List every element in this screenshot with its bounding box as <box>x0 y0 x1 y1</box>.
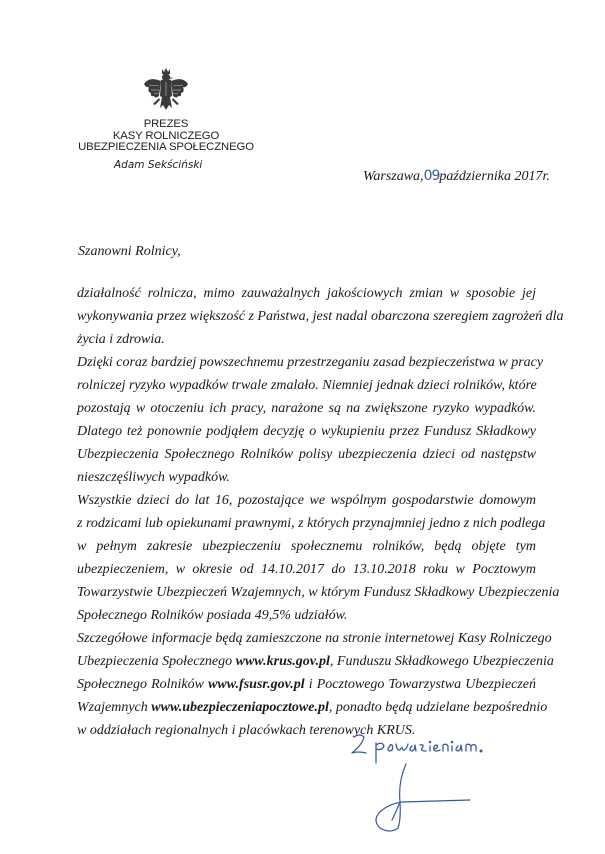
paragraph-line: Społecznego Rolników posiada 49,5% udzia… <box>77 604 536 627</box>
paragraph-line: rolniczej ryzyko wypadków trwale zmalało… <box>77 374 536 397</box>
link-krus[interactable]: www.krus.gov.pl <box>236 654 330 669</box>
paragraph-line: Ubezpieczenia Społecznego Rolników polis… <box>77 443 536 466</box>
text-segment: Wzajemnych <box>77 700 151 715</box>
office-title: PREZES KASY ROLNICZEGO UBEZPIECZENIA SPO… <box>76 119 256 154</box>
paragraph-line: Społecznego Rolników www.fsusr.gov.pl i … <box>77 673 536 696</box>
paragraph-line: Dlatego też ponownie podjąłem decyzję o … <box>77 420 536 443</box>
link-ubezpieczenia-pocztowe[interactable]: www.ubezpieczeniapocztowe.pl <box>151 700 329 715</box>
paragraph-line: ubezpieczeniem, w okresie od 14.10.2017 … <box>77 558 536 581</box>
date-rest: października 2017r. <box>439 169 549 184</box>
letter-page: PREZES KASY ROLNICZEGO UBEZPIECZENIA SPO… <box>0 0 605 854</box>
paragraph-line: działalność rolnicza, mimo zauważalnych … <box>77 282 536 305</box>
office-line-1: PREZES <box>76 119 256 131</box>
text-segment: i Pocztowego Towarzystwa Ubezpieczeń <box>305 677 536 692</box>
paragraph-line: z rodzicami lub opiekunami prawnymi, z k… <box>77 512 536 535</box>
paragraph-line: w pełnym zakresie ubezpieczeniu społeczn… <box>77 535 536 558</box>
text-segment: Ubezpieczenia Społecznego <box>77 654 236 669</box>
office-line-3: UBEZPIECZENIA SPOŁECZNEGO <box>76 142 256 154</box>
paragraph-3: Wszystkie dzieci do lat 16, pozostające … <box>77 489 536 627</box>
paragraph-line: Towarzystwie Ubezpieczeń Wzajemnych, w k… <box>77 581 536 604</box>
paragraph-line: pozostają w otoczeniu ich pracy, narażon… <box>77 397 536 420</box>
letter-body: działalność rolnicza, mimo zauważalnych … <box>77 282 536 742</box>
text-segment: , Funduszu Składkowego Ubezpieczenia <box>330 654 554 669</box>
date-day-handwritten: 09 <box>424 168 440 184</box>
handwritten-signature <box>370 762 480 837</box>
paragraph-line: Ubezpieczenia Społecznego www.krus.gov.p… <box>77 650 536 673</box>
polish-eagle-emblem-icon <box>141 66 191 118</box>
dateline: Warszawa,09października 2017r. <box>363 168 550 185</box>
paragraph-4: Szczegółowe informacje będą zamieszczone… <box>77 627 536 742</box>
text-segment: Społecznego Rolników <box>77 677 208 692</box>
sender-name: Adam Sekściński <box>114 159 202 171</box>
paragraph-line: nieszczęśliwych wypadków. <box>77 466 536 489</box>
paragraph-line: Wzajemnych www.ubezpieczeniapocztowe.pl,… <box>77 696 536 719</box>
link-fsusr[interactable]: www.fsusr.gov.pl <box>208 677 305 692</box>
date-place: Warszawa, <box>363 169 424 184</box>
paragraph-line: Wszystkie dzieci do lat 16, pozostające … <box>77 489 536 512</box>
text-segment: , ponadto będą udzielane bezpośrednio <box>329 700 547 715</box>
paragraph-line: Dzięki coraz bardziej powszechnemu przes… <box>77 351 536 374</box>
salutation: Szanowni Rolnicy, <box>78 244 181 260</box>
paragraph-line: wykonywania przez większość z Państwa, j… <box>77 305 536 328</box>
paragraph-1: działalność rolnicza, mimo zauważalnych … <box>77 282 536 351</box>
paragraph-line: Szczegółowe informacje będą zamieszczone… <box>77 627 536 650</box>
paragraph-line: życia i zdrowia. <box>77 328 536 351</box>
paragraph-2: Dzięki coraz bardziej powszechnemu przes… <box>77 351 536 489</box>
